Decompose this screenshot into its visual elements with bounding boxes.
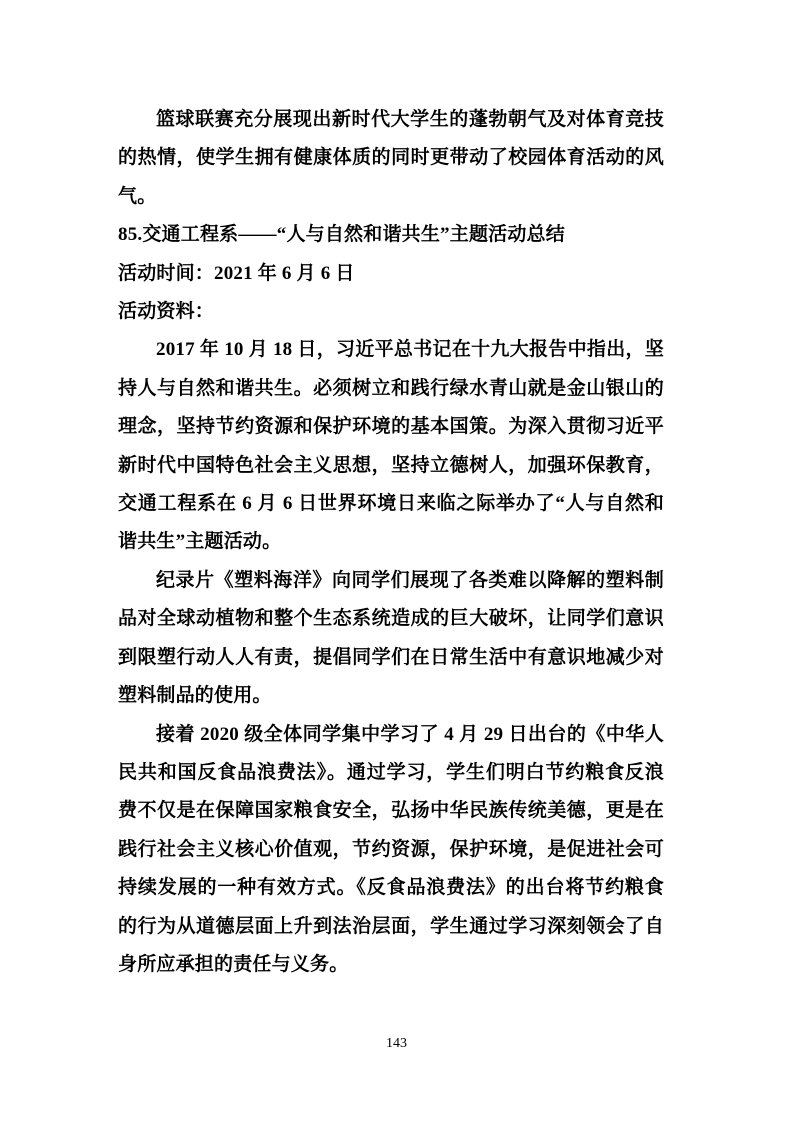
page-content: 篮球联赛充分展现出新时代大学生的蓬勃朝气及对体育竞技的热情，使学生拥有健康体质的… xyxy=(118,101,664,984)
intro-paragraph: 篮球联赛充分展现出新时代大学生的蓬勃朝气及对体育竞技的热情，使学生拥有健康体质的… xyxy=(118,101,664,216)
section-heading: 85.交通工程系——“人与自然和谐共生”主题活动总结 xyxy=(118,216,664,254)
body-paragraph-2: 纪录片《塑料海洋》向同学们展现了各类难以降解的塑料制品对全球动植物和整个生态系统… xyxy=(118,562,664,716)
body-paragraph-1: 2017 年 10 月 18 日，习近平总书记在十九大报告中指出，坚持人与自然和… xyxy=(118,331,664,561)
activity-material-label: 活动资料： xyxy=(118,293,664,331)
document-page: 篮球联赛充分展现出新时代大学生的蓬勃朝气及对体育竞技的热情，使学生拥有健康体质的… xyxy=(0,0,793,1122)
activity-time-line: 活动时间：2021 年 6 月 6 日 xyxy=(118,255,664,293)
body-paragraph-3: 接着 2020 级全体同学集中学习了 4 月 29 日出台的《中华人民共和国反食… xyxy=(118,716,664,985)
page-number: 143 xyxy=(0,1036,793,1052)
